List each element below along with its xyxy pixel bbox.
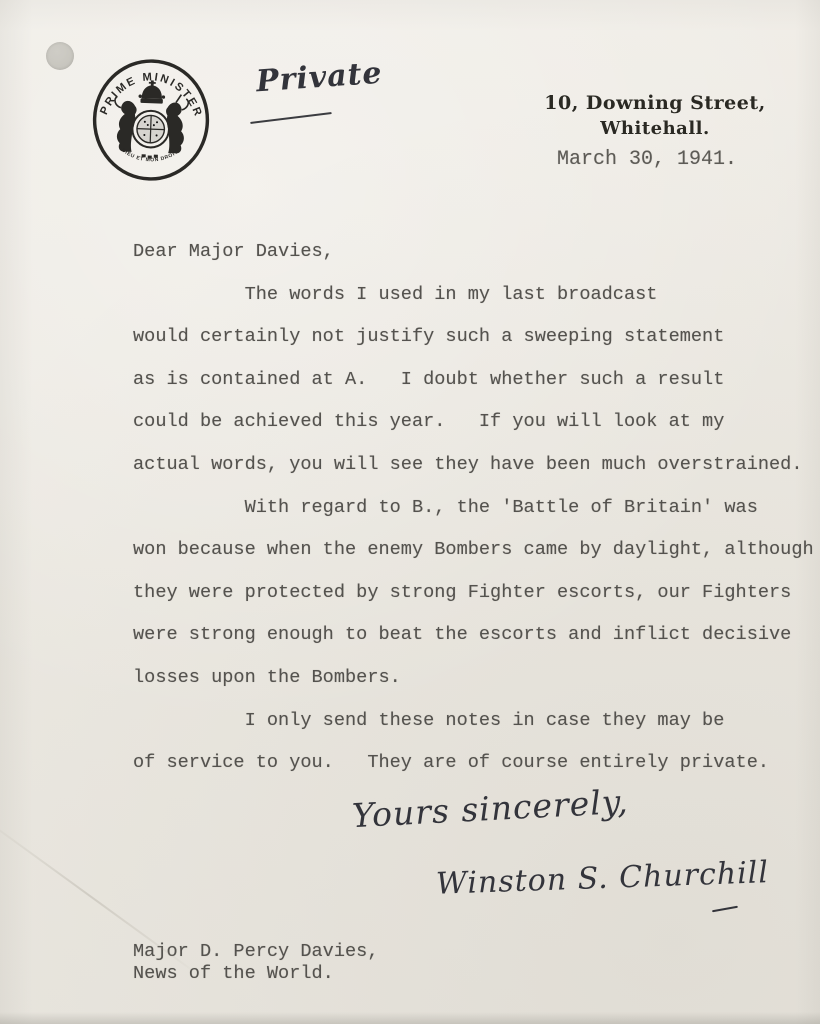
recipient-address-block: Major D. Percy Davies, News of the World… (133, 941, 378, 985)
letterhead-address-line1: 10, Downing Street, (540, 90, 770, 116)
page-bottom-shadow (0, 1012, 820, 1024)
handwritten-signature-churchill: Winston S. Churchill (435, 855, 769, 902)
handwritten-closing: Yours sincerely, (351, 782, 629, 835)
letter-date: March 30, 1941. (557, 148, 737, 171)
scanned-letter-page: PRIME MINISTER DIE (0, 0, 820, 1024)
letterhead-address: 10, Downing Street, Whitehall. (540, 90, 770, 142)
recipient-organisation: News of the World. (133, 963, 378, 985)
handwritten-private-note: Private (255, 56, 384, 100)
private-note-underline (250, 112, 332, 124)
letterhead-address-line2: Whitehall. (540, 116, 770, 142)
letter-body-text: Dear Major Davies, The words I used in m… (133, 231, 814, 785)
prime-minister-crest-stamp: PRIME MINISTER DIE (88, 54, 214, 186)
hole-punch-mark (46, 42, 74, 70)
shield-icon (132, 110, 170, 148)
signature-flourish-dash (712, 906, 738, 913)
